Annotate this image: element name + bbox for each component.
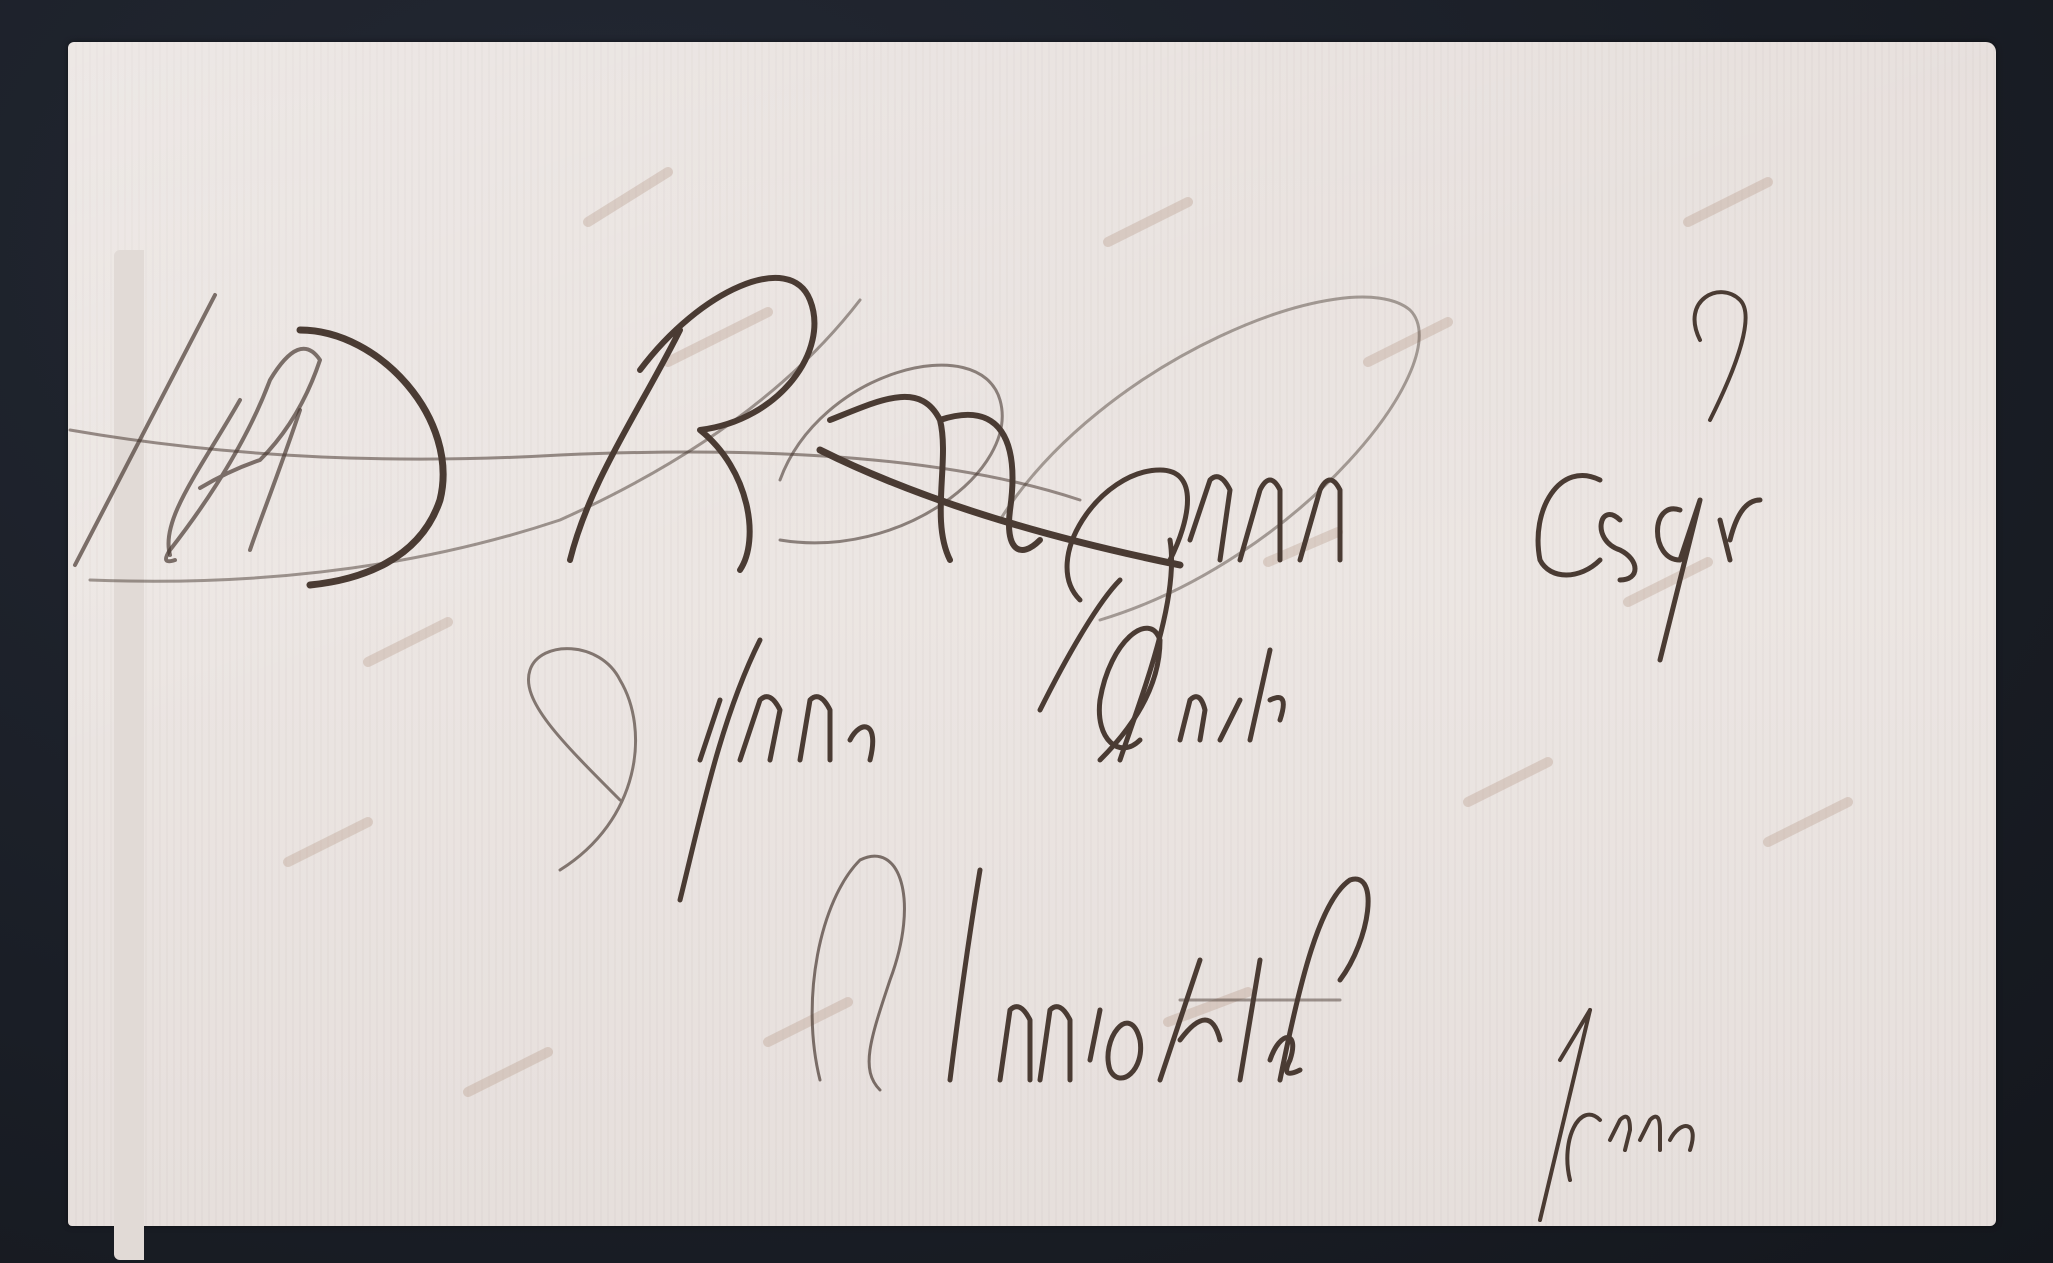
initial-r [570, 278, 814, 570]
street-bank [1040, 580, 1283, 760]
tyne-o-loop [528, 649, 635, 870]
region-tyne [1560, 1010, 1693, 1180]
crossing-line [70, 430, 1080, 500]
honorific-esqr [1538, 475, 1760, 660]
city-newcastle [950, 870, 1300, 1080]
handwritten-address-strokes [0, 0, 2053, 1263]
struck-marking-strokes [75, 295, 320, 565]
initial-w [830, 397, 1040, 560]
city-newcastle-n [812, 856, 904, 1090]
street-tyne [680, 640, 873, 900]
